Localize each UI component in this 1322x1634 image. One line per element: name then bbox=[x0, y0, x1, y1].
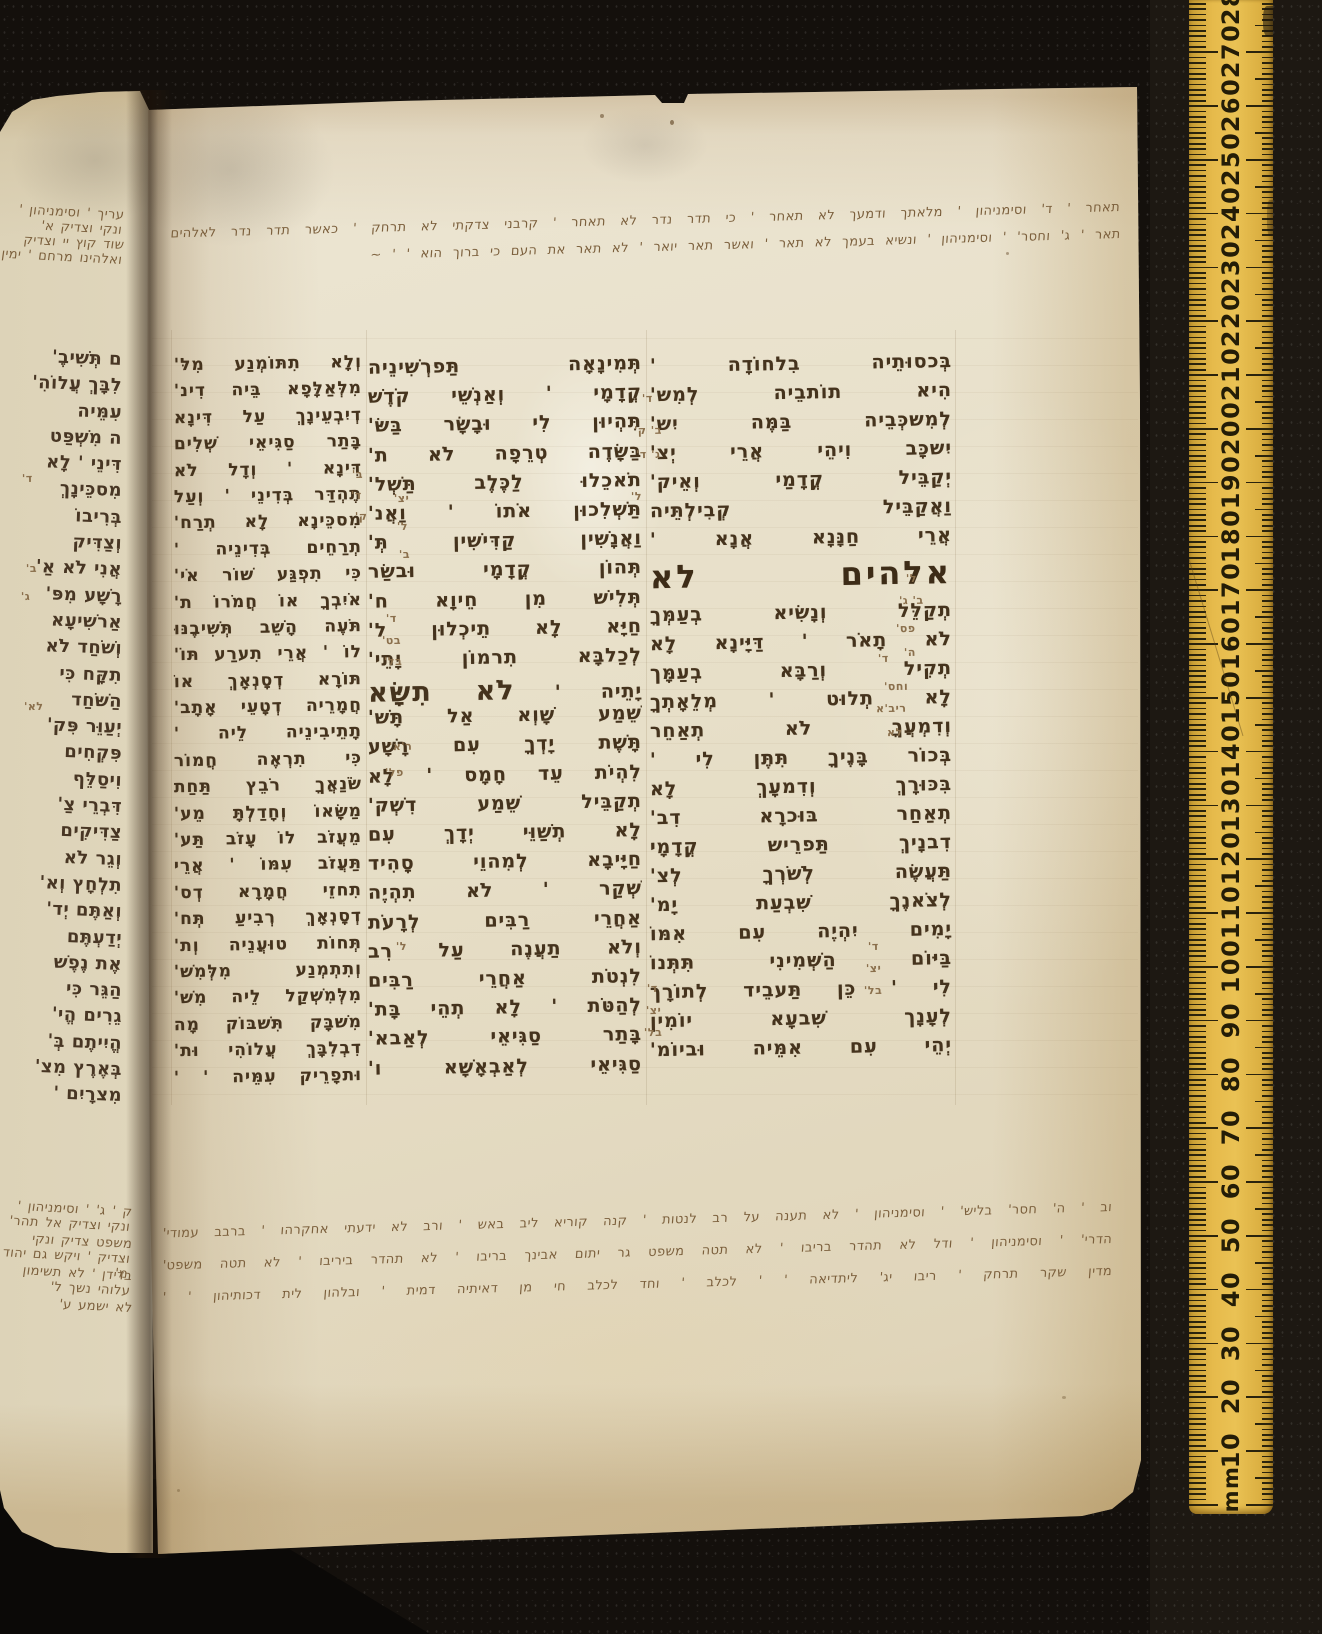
facing-text-line: גֵרִים הֱי' bbox=[16, 1003, 123, 1033]
ruler-tick-minor bbox=[1246, 374, 1273, 376]
ruler-tick-minor bbox=[1189, 675, 1206, 677]
masorah-parva-note: יצ' bbox=[646, 1004, 662, 1017]
ruler-tick-minor bbox=[1189, 805, 1218, 807]
ruler-tick-minor bbox=[1262, 891, 1273, 893]
ruler-tick-minor bbox=[1262, 154, 1273, 156]
ruler-tick-minor bbox=[1189, 1386, 1206, 1388]
text-line: תְּלִישׁ מִן חֵיוָא ח' bbox=[368, 586, 642, 620]
facing-text-line: עִמֵּיה bbox=[16, 398, 123, 428]
ruler-tick-minor bbox=[1189, 815, 1206, 817]
ruler-tick-minor bbox=[1262, 1004, 1273, 1006]
ruler-tick-minor bbox=[1262, 659, 1273, 661]
masorah-parva-note: לא' bbox=[24, 700, 44, 713]
ink-speck bbox=[1062, 1396, 1066, 1399]
ruler-tick-minor bbox=[1262, 46, 1273, 48]
ruler-tick-minor bbox=[1189, 1149, 1206, 1151]
ruler-tick-minor bbox=[1246, 482, 1273, 484]
facing-text-line: בְּאֶרֶץ מִצ' bbox=[16, 1055, 123, 1085]
ruler-tick-minor bbox=[1189, 62, 1206, 64]
ruler-tick-minor bbox=[1189, 1127, 1218, 1129]
ruler-tick-minor bbox=[1189, 439, 1206, 441]
ruler-tick-minor bbox=[1189, 288, 1206, 290]
text-line: אֹיִבְךָ אוֹ חֲמֹרוֹ ת' bbox=[174, 590, 362, 620]
ruler-tick-minor bbox=[1189, 982, 1206, 984]
ruler-tick-minor bbox=[1189, 966, 1218, 968]
ruler-tick-minor bbox=[1189, 853, 1206, 855]
ruler-tick-minor bbox=[1189, 977, 1206, 979]
ruler-tick-minor bbox=[1262, 1149, 1273, 1151]
ruler-tick-minor bbox=[1189, 326, 1206, 328]
ruler-tick-minor bbox=[1189, 1343, 1218, 1345]
ruler-tick-minor bbox=[1189, 1165, 1206, 1167]
ruler-unit-label: mm bbox=[1219, 1466, 1243, 1513]
ruler-tick-minor bbox=[1189, 735, 1206, 737]
ruler-tick-minor bbox=[1189, 46, 1206, 48]
ruler-tick-minor bbox=[1262, 315, 1273, 317]
ruler-tick-minor bbox=[1189, 191, 1206, 193]
ruler-tick-minor bbox=[1189, 19, 1206, 21]
masorah-parva-note: בל' bbox=[384, 655, 402, 668]
ruler-number: 180 bbox=[1217, 508, 1245, 563]
ruler-tick-minor bbox=[1189, 423, 1206, 425]
ruler-tick-minor bbox=[1189, 1418, 1206, 1420]
ruler-tick-minor bbox=[1189, 1337, 1206, 1339]
ruler-tick-minor bbox=[1189, 1235, 1218, 1237]
text-line: בַּשָּׂדֶה טְרֵפָה לֹא ת' bbox=[368, 440, 642, 474]
ruler-tick-minor bbox=[1189, 460, 1206, 462]
ruler-tick-minor bbox=[1262, 928, 1273, 930]
text-line: לִהְיֹת עֵד חָמָס ' לָא bbox=[368, 761, 642, 795]
text-line: תַּעֲזֹב עִמּוֹ ' אֲרֵי bbox=[174, 853, 362, 883]
ruler-tick-minor bbox=[1189, 1402, 1206, 1404]
ruler-tick-minor bbox=[1189, 875, 1206, 877]
ruler-tick-minor bbox=[1262, 466, 1273, 468]
ruler-tick-minor bbox=[1262, 552, 1273, 554]
ruler-tick-minor bbox=[1189, 159, 1218, 161]
ruler-tick-minor bbox=[1189, 277, 1206, 279]
ruler-tick-minor bbox=[1262, 665, 1273, 667]
ruler-tick-minor bbox=[1246, 858, 1273, 860]
ruler-tick-minor bbox=[1262, 1240, 1273, 1242]
ruler-tick-minor bbox=[1189, 8, 1206, 10]
ruler-tick-minor bbox=[1262, 1197, 1273, 1199]
ruler-number: 70 bbox=[1217, 1109, 1245, 1145]
photograph-canvas: עריך ' וסימניהון ' ונקי וצדיק א'שוד קוץ … bbox=[0, 0, 1322, 1634]
ruler-tick-minor bbox=[1189, 1257, 1206, 1259]
ruler-tick-minor bbox=[1262, 1429, 1273, 1431]
ruler-number: 30 bbox=[1217, 1324, 1245, 1360]
ruler-tick-minor bbox=[1189, 385, 1206, 387]
ruler-tick-minor bbox=[1262, 1461, 1273, 1463]
ruler-tick-minor bbox=[1262, 1353, 1273, 1355]
masorah-parva-note: ל' bbox=[396, 940, 407, 953]
ruler-tick-minor bbox=[1189, 1133, 1206, 1135]
ruler-tick-minor bbox=[1189, 396, 1206, 398]
ruler-tick-minor bbox=[1189, 1305, 1206, 1307]
ruler-tick-minor bbox=[1189, 918, 1206, 920]
facing-text-line: תִלְחָץ וְא' bbox=[16, 871, 123, 901]
ruler-tick-minor bbox=[1189, 563, 1206, 565]
ruler-number: 240 bbox=[1217, 185, 1245, 240]
ruler-tick-minor bbox=[1189, 1434, 1206, 1436]
ruler-tick-minor bbox=[1189, 466, 1206, 468]
ruler-tick-minor bbox=[1189, 821, 1206, 823]
masorah-parva-note: ב' bbox=[26, 562, 37, 575]
masorah-parva-note: ריב'א bbox=[876, 702, 907, 716]
ruler-tick-minor bbox=[1262, 272, 1273, 274]
ruler-tick-minor bbox=[1262, 1230, 1273, 1232]
ruler-smudge bbox=[1267, 200, 1273, 236]
text-line: סַגִּיאֵי לְאַבְאָשָׁא ו' bbox=[368, 1053, 642, 1087]
text-line: תְּחוֹת טוּעֲנֵיה וְת' bbox=[174, 933, 362, 963]
pricking-hole bbox=[670, 120, 674, 125]
facing-text-line: לִבָּךְ עֲלוֹהִ' bbox=[16, 372, 123, 402]
ruler-number: 100 bbox=[1217, 939, 1245, 994]
ruler-tick-minor bbox=[1189, 1289, 1218, 1291]
ruler-tick-minor bbox=[1262, 756, 1273, 758]
ruler-tick-minor bbox=[1262, 971, 1273, 973]
ruler-tick-minor bbox=[1189, 1262, 1206, 1264]
text-column-middle: תְּמִינָאָה תַּפרְשִׁינֵיהקֳדָמָי ' וְאַ… bbox=[368, 352, 642, 1082]
ruler-tick-minor bbox=[1262, 815, 1273, 817]
ruler-tick-minor bbox=[1189, 498, 1206, 500]
ruler-tick-minor bbox=[1189, 955, 1206, 957]
ruler-tick-minor bbox=[1189, 1359, 1206, 1361]
ruler-tick-minor bbox=[1189, 944, 1206, 946]
ruler-tick-minor bbox=[1246, 51, 1273, 53]
ruler-tick-minor bbox=[1262, 1472, 1273, 1474]
ruler-tick-minor bbox=[1255, 616, 1273, 618]
ruler-tick-minor bbox=[1189, 14, 1206, 16]
ruler-number: 90 bbox=[1217, 1002, 1245, 1038]
masorah-parva-note: ב' bbox=[352, 468, 363, 481]
masorah-parva-note: ד' bbox=[351, 489, 362, 502]
ruler-tick-minor bbox=[1189, 1391, 1206, 1393]
ruler-tick-minor bbox=[1255, 563, 1273, 565]
ruler-tick-minor bbox=[1262, 788, 1273, 790]
ruler-tick-minor bbox=[1262, 450, 1273, 452]
ruler-tick-minor bbox=[1262, 137, 1273, 139]
ruler-tick-minor bbox=[1262, 1079, 1273, 1081]
ruler-tick-minor bbox=[1262, 73, 1273, 75]
ruler-tick-minor bbox=[1189, 778, 1206, 780]
ruler-tick-minor bbox=[1189, 546, 1206, 548]
ruler-tick-minor bbox=[1246, 1074, 1273, 1076]
ruler-tick-minor bbox=[1189, 428, 1218, 430]
ruler-tick-minor bbox=[1189, 1466, 1206, 1468]
ruler-tick-minor bbox=[1189, 1348, 1206, 1350]
text-line: תְרַחֵים בְּדִינֵיה ' bbox=[174, 537, 362, 567]
text-line: וְתִתְמְנַע מִלְּמִשׁ' bbox=[174, 959, 362, 989]
ruler-tick-minor bbox=[1189, 380, 1206, 382]
column-guide-line bbox=[955, 330, 956, 1105]
ruler-number: 280 bbox=[1217, 0, 1245, 25]
ruler-tick-minor bbox=[1262, 810, 1273, 812]
ruler-tick-minor bbox=[1189, 1283, 1206, 1285]
ruler-tick-minor bbox=[1189, 579, 1206, 581]
ruler-tick-minor bbox=[1189, 514, 1206, 516]
ruler-tick-minor bbox=[1262, 100, 1273, 102]
masorah-parva-note: ק' bbox=[355, 510, 368, 523]
ruler-tick-minor bbox=[1189, 1488, 1206, 1490]
ruler-tick-minor bbox=[1189, 627, 1206, 629]
text-line: דְסָנְאָךְ רְבִיעַ תְּח' bbox=[174, 906, 362, 936]
ruler-tick-minor bbox=[1189, 132, 1206, 134]
ruler-tick-minor bbox=[1189, 1057, 1206, 1059]
ruler-number: 60 bbox=[1217, 1163, 1245, 1199]
book-gutter-shadow bbox=[126, 90, 172, 1558]
ruler-tick-minor bbox=[1189, 961, 1206, 963]
ruler-tick-minor bbox=[1189, 1278, 1206, 1280]
facing-text-line: הֱיִיתֶם בְּ' bbox=[16, 1029, 123, 1059]
ruler-tick-minor bbox=[1262, 557, 1273, 559]
ruler-tick-minor bbox=[1189, 154, 1206, 156]
ruler-tick-minor bbox=[1262, 735, 1273, 737]
text-line: מִשׁבָּק תִּשׁבּוֹק מָה bbox=[174, 1012, 362, 1042]
ruler-tick-minor bbox=[1189, 1423, 1206, 1425]
ruler-tick-minor bbox=[1189, 1482, 1206, 1484]
text-line: חֲמָרֵיה דְטָעֵי אָתָב' bbox=[174, 695, 362, 725]
ruler-tick-minor bbox=[1189, 137, 1206, 139]
ruler-tick-minor bbox=[1262, 1257, 1273, 1259]
ruler-tick-minor bbox=[1255, 132, 1273, 134]
ruler-tick-minor bbox=[1189, 342, 1206, 344]
ruler-tick-minor bbox=[1189, 1326, 1206, 1328]
text-line: מֵעֲזֹב לוֹ עָזֹב תַּע' bbox=[174, 827, 362, 857]
facing-page-footer: ק ' ג' ' וסימניהון ' ונקי וצדיק אל תהר'מ… bbox=[0, 1205, 132, 1355]
ruler-tick-minor bbox=[1262, 1219, 1273, 1221]
ruler-tick-minor bbox=[1189, 1310, 1206, 1312]
facing-text-line: יְדַעְתֶּם bbox=[16, 924, 123, 954]
ruler-tick-minor bbox=[1262, 148, 1273, 150]
ruler-tick-minor bbox=[1255, 670, 1273, 672]
ruler-tick-minor bbox=[1189, 1224, 1206, 1226]
ruler-tick-minor bbox=[1189, 3, 1206, 5]
ruler-tick-minor bbox=[1262, 277, 1273, 279]
ruler-tick-minor bbox=[1189, 148, 1206, 150]
text-line: יְהֵי עִם אִמֵּיה וּביוֹמ' bbox=[650, 1034, 952, 1068]
ruler-tick-minor bbox=[1262, 568, 1273, 570]
ruler-tick-minor bbox=[1262, 880, 1273, 882]
ruler-tick-minor bbox=[1262, 1106, 1273, 1108]
masorah-header: תאחר ' ד' וסימניהון ' מלאתך ודמעך לא תאח… bbox=[170, 200, 1120, 262]
ruler-tick-minor bbox=[1189, 1020, 1218, 1022]
ruler-tick-minor bbox=[1189, 756, 1206, 758]
ruler-tick-minor bbox=[1189, 525, 1206, 527]
ruler-tick-minor bbox=[1189, 1101, 1206, 1103]
ruler-tick-minor bbox=[1262, 1068, 1273, 1070]
ruler-tick-minor bbox=[1246, 320, 1273, 322]
ruler-tick-minor bbox=[1262, 955, 1273, 957]
ruler-tick-minor bbox=[1262, 406, 1273, 408]
ruler-tick-minor bbox=[1189, 1380, 1206, 1382]
masorah-parva-note: ה' bbox=[904, 646, 916, 659]
ruler-tick-minor bbox=[1262, 396, 1273, 398]
ruler-tick-minor bbox=[1189, 1407, 1206, 1409]
ruler-tick-minor bbox=[1189, 127, 1206, 129]
text-line: אַחֲרֵי רַבִּים לְרָעֹת bbox=[368, 907, 642, 941]
masorah-parva-note: יצ' bbox=[394, 492, 410, 505]
ruler-tick-minor bbox=[1262, 573, 1273, 575]
ruler-tick-minor bbox=[1189, 708, 1206, 710]
ruler-tick-minor bbox=[1189, 417, 1206, 419]
ruler-tick-minor bbox=[1262, 1170, 1273, 1172]
ruler-tick-minor bbox=[1189, 197, 1206, 199]
ruler-tick-minor bbox=[1262, 250, 1273, 252]
ruler-tick-minor bbox=[1189, 1321, 1206, 1323]
ruler-tick-minor bbox=[1246, 1127, 1273, 1129]
ruler-tick-minor bbox=[1246, 105, 1273, 107]
ruler-tick-minor bbox=[1189, 595, 1206, 597]
ruler-tick-minor bbox=[1189, 622, 1206, 624]
ruler-tick-minor bbox=[1262, 1187, 1273, 1189]
ruler-tick-minor bbox=[1189, 245, 1206, 247]
ruler-tick-minor bbox=[1262, 1488, 1273, 1490]
ruler-tick-minor bbox=[1262, 767, 1273, 769]
facing-text-line: אַרשִׁיעָא bbox=[16, 608, 123, 638]
ruler-tick-minor bbox=[1262, 977, 1273, 979]
ruler-tick-minor bbox=[1189, 649, 1206, 651]
ruler-tick-minor bbox=[1262, 649, 1273, 651]
facing-header-line: עריך ' וסימניהון ' ונקי וצדיק א' bbox=[0, 202, 125, 226]
ruler-tick-minor bbox=[1189, 767, 1206, 769]
ruler-tick-minor bbox=[1189, 1456, 1206, 1458]
ruler-tick-minor bbox=[1262, 1090, 1273, 1092]
ruler-tick-minor bbox=[1255, 778, 1273, 780]
ruler-tick-minor bbox=[1262, 762, 1273, 764]
ruler-tick-minor bbox=[1189, 751, 1218, 753]
ruler-tick-minor bbox=[1189, 30, 1206, 32]
ruler-tick-minor bbox=[1189, 654, 1206, 656]
text-line: וְלָא תִתּוֹמְנַע מִלּ' bbox=[174, 352, 362, 382]
ruler-tick-minor bbox=[1255, 78, 1273, 80]
ruler-tick-minor bbox=[1189, 186, 1206, 188]
ruler-tick-minor bbox=[1189, 1240, 1206, 1242]
ruler-tick-minor bbox=[1246, 1020, 1273, 1022]
ruler-tick-minor bbox=[1189, 1461, 1206, 1463]
facing-text-line: ם תְּשִׁיבֶ' bbox=[16, 345, 123, 375]
ruler-tick-minor bbox=[1189, 406, 1206, 408]
ruler-tick-minor bbox=[1246, 1450, 1273, 1452]
ruler-tick-minor bbox=[1262, 1466, 1273, 1468]
ruler-tick-minor bbox=[1189, 444, 1206, 446]
ruler-tick-minor bbox=[1262, 934, 1273, 936]
ruler-tick-minor bbox=[1189, 1187, 1206, 1189]
masorah-parva-note: בל' bbox=[864, 984, 882, 997]
ruler-tick-minor bbox=[1255, 1423, 1273, 1425]
text-line: תִּהְיוּן לִי וּבָשָׂר בַּשּׂ' bbox=[368, 410, 642, 444]
ruler-tick-minor bbox=[1189, 476, 1206, 478]
ruler-tick-minor bbox=[1189, 729, 1206, 731]
ruler-tick-minor bbox=[1262, 713, 1273, 715]
ruler-tick-minor bbox=[1189, 1208, 1206, 1210]
ruler-tick-minor bbox=[1189, 719, 1206, 721]
ruler-number: 80 bbox=[1217, 1055, 1245, 1091]
facing-page-text-fragments: ם תְּשִׁיבֶ'לִבָּךְ עֲלוֹהִ'עִמֵּיהה מִש… bbox=[16, 349, 122, 1112]
ruler-tick-minor bbox=[1246, 1504, 1273, 1506]
masorah-parva-note: ב' ק' bbox=[634, 424, 662, 437]
ruler-tick-minor bbox=[1189, 1370, 1206, 1372]
ruler-tick-minor bbox=[1262, 1009, 1273, 1011]
text-line: תְּהוֹן קֳדָמָי וּבשַׂר bbox=[368, 556, 642, 590]
ruler-tick-minor bbox=[1262, 907, 1273, 909]
ruler-tick-minor bbox=[1262, 476, 1273, 478]
ruler-tick-minor bbox=[1262, 702, 1273, 704]
ruler-tick-minor bbox=[1189, 1106, 1206, 1108]
ruler-tick-minor bbox=[1189, 589, 1218, 591]
masorah-parva-note: ד' bbox=[22, 472, 33, 485]
ruler-tick-minor bbox=[1262, 632, 1273, 634]
ruler-tick-minor bbox=[1189, 638, 1206, 640]
ruler-tick-minor bbox=[1262, 439, 1273, 441]
ruler-tick-minor bbox=[1189, 788, 1206, 790]
ruler-tick-minor bbox=[1262, 304, 1273, 306]
ruler-tick-minor bbox=[1189, 390, 1206, 392]
ruler-tick-minor bbox=[1262, 385, 1273, 387]
ruler-tick-minor bbox=[1262, 842, 1273, 844]
ruler-tick-minor bbox=[1189, 896, 1206, 898]
ruler-tick-minor bbox=[1262, 530, 1273, 532]
ruler-tick-minor bbox=[1262, 1111, 1273, 1113]
ink-speck bbox=[1006, 252, 1009, 255]
ruler-tick-minor bbox=[1189, 573, 1206, 575]
ruler-tick-minor bbox=[1189, 869, 1206, 871]
ruler-tick-minor bbox=[1189, 450, 1206, 452]
ruler-tick-minor bbox=[1189, 73, 1206, 75]
ruler-tick-minor bbox=[1262, 622, 1273, 624]
ruler-tick-minor bbox=[1262, 584, 1273, 586]
ruler-tick-minor bbox=[1189, 455, 1206, 457]
ruler-tick-minor bbox=[1262, 729, 1273, 731]
ruler-tick-minor bbox=[1189, 1052, 1206, 1054]
ruler-tick-minor bbox=[1262, 412, 1273, 414]
ruler-tick-minor bbox=[1189, 116, 1206, 118]
ruler-tick-minor bbox=[1189, 1375, 1206, 1377]
ruler-tick-minor bbox=[1262, 1278, 1273, 1280]
ruler-tick-minor bbox=[1189, 1203, 1206, 1205]
ruler-tick-minor bbox=[1246, 912, 1273, 914]
ruler-smudge bbox=[1263, 6, 1273, 36]
ruler-tick-minor bbox=[1189, 1025, 1206, 1027]
ruler-tick-minor bbox=[1189, 826, 1206, 828]
ruler-tick-minor bbox=[1262, 1133, 1273, 1135]
ruler-tick-minor bbox=[1189, 1036, 1206, 1038]
ruler-tick-minor bbox=[1262, 606, 1273, 608]
ruler-tick-minor bbox=[1262, 498, 1273, 500]
ruler-tick-minor bbox=[1189, 84, 1206, 86]
ruler-tick-minor bbox=[1246, 643, 1273, 645]
ruler-tick-minor bbox=[1246, 536, 1273, 538]
ruler-tick-minor bbox=[1189, 503, 1206, 505]
ruler-tick-minor bbox=[1189, 1445, 1206, 1447]
ruler-tick-minor bbox=[1255, 1262, 1273, 1264]
ruler-tick-minor bbox=[1189, 310, 1206, 312]
ruler-tick-minor bbox=[1189, 234, 1206, 236]
ruler-tick-minor bbox=[1262, 460, 1273, 462]
ruler-tick-minor bbox=[1262, 1380, 1273, 1382]
ruler-tick-minor bbox=[1262, 654, 1273, 656]
ruler-tick-minor bbox=[1189, 1219, 1206, 1221]
ruler-tick-minor bbox=[1262, 611, 1273, 613]
ruler-tick-minor bbox=[1262, 1014, 1273, 1016]
ruler-tick-minor bbox=[1262, 326, 1273, 328]
ruler-tick-minor bbox=[1262, 1434, 1273, 1436]
ruler-tick-minor bbox=[1262, 143, 1273, 145]
ruler-tick-minor bbox=[1189, 762, 1206, 764]
masorah-parva-note: ג' ד' bbox=[636, 448, 661, 461]
ruler-tick-minor bbox=[1189, 794, 1206, 796]
ruler-tick-minor bbox=[1189, 891, 1206, 893]
